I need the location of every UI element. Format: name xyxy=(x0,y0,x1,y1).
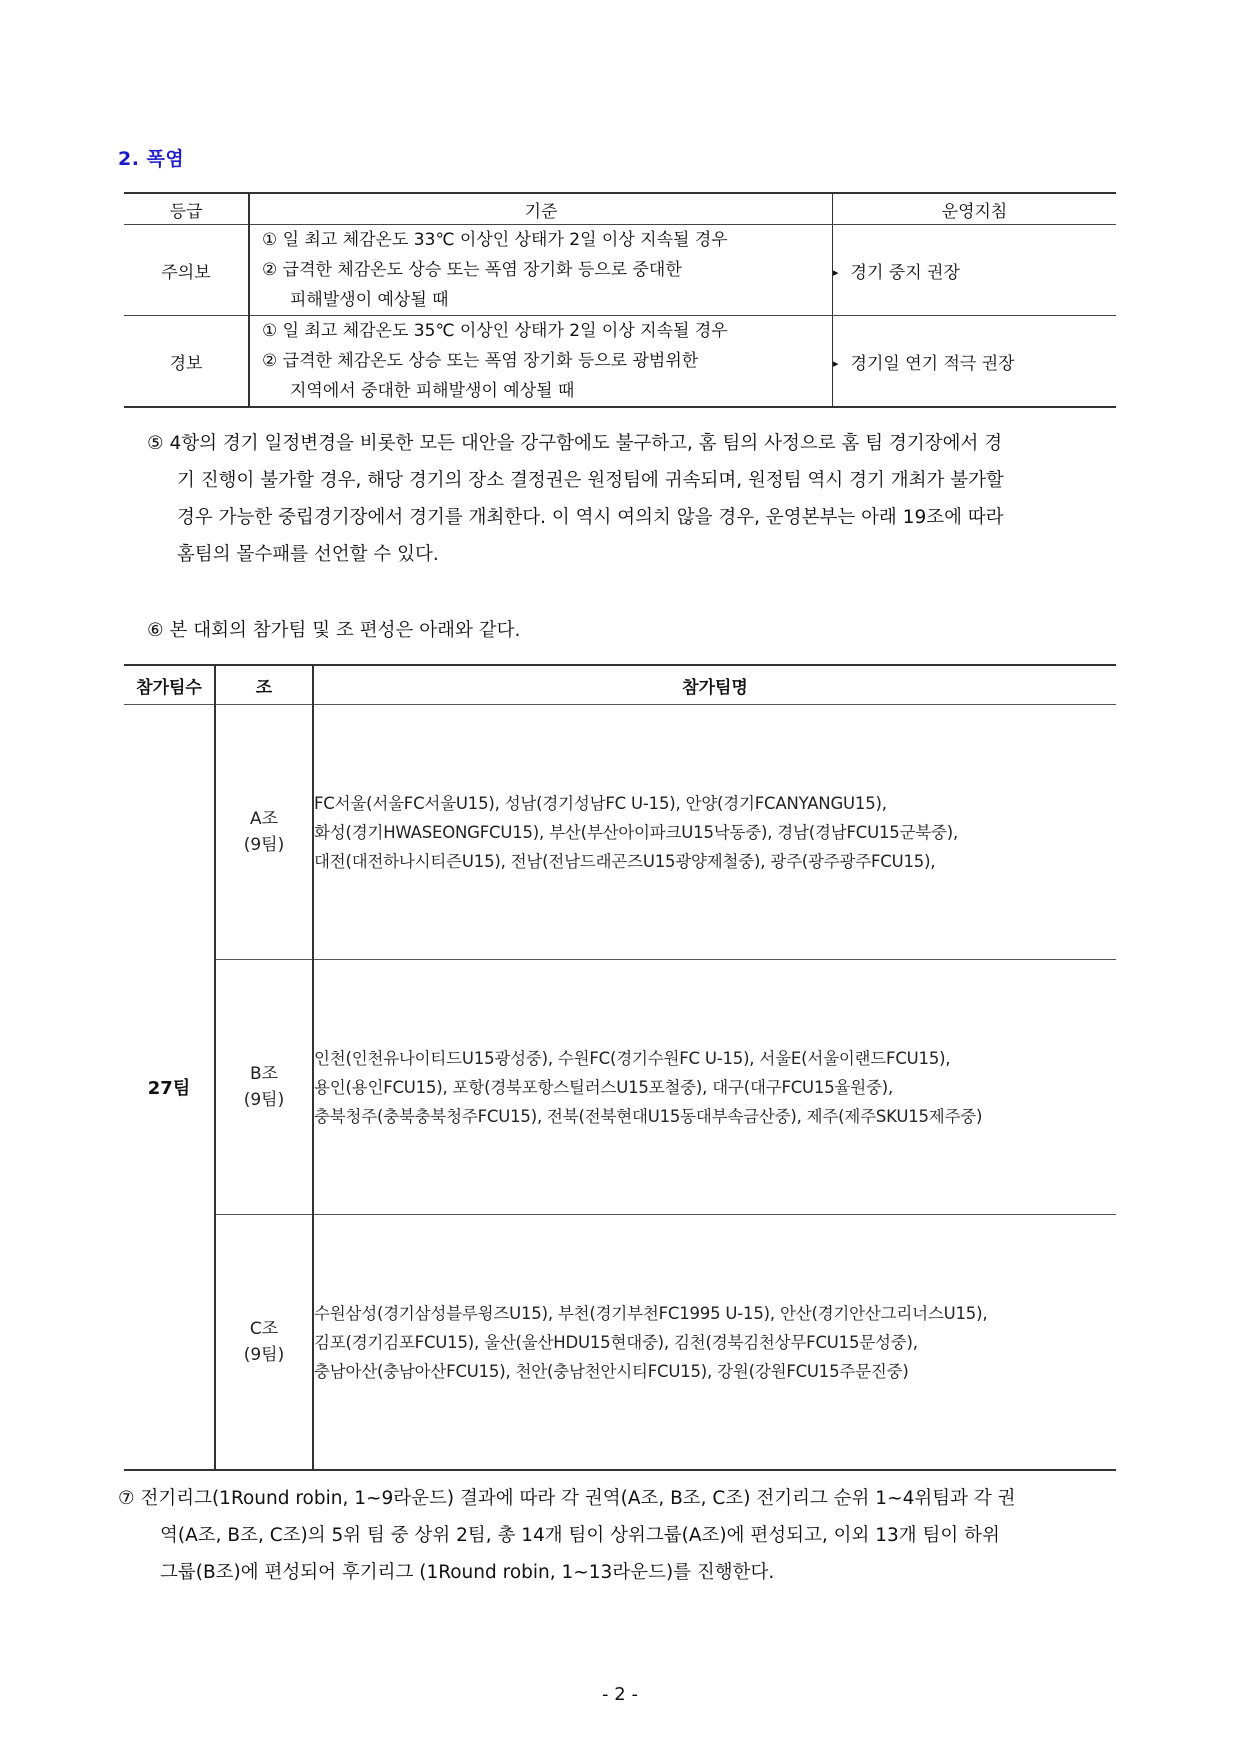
paragraph-line: ⑦ 전기리그(1Round robin, 1~9라운드) 결과에 따라 각 권역… xyxy=(118,1480,1128,1517)
group-cell: B조 (9팀) xyxy=(215,960,313,1215)
grade-cell: 주의보 xyxy=(124,225,249,316)
header-guideline: 운영지침 xyxy=(833,193,1117,225)
group-row-a: 27팀 A조 (9팀) FC서울(서울FC서울U15), 성남(경기성남FC U… xyxy=(124,705,1116,960)
team-line: 대전(대전하나시티즌U15), 전남(전남드래곤즈U15광양제철중), 광주(광… xyxy=(314,847,1116,876)
group-cell: A조 (9팀) xyxy=(215,705,313,960)
criteria-line: 지역에서 중대한 피해발생이 예상될 때 xyxy=(250,376,832,406)
group-cell: C조 (9팀) xyxy=(215,1215,313,1471)
group-name: A조 xyxy=(216,806,312,832)
criteria-line: ① 일 최고 체감온도 33℃ 이상인 상태가 2일 이상 지속될 경우 xyxy=(250,225,832,255)
guideline-text: 경기 중지 권장 xyxy=(851,263,960,283)
document-page: 2. 폭염 등급 기준 운영지침 주의보 ① 일 최고 체감온도 33℃ 이상인… xyxy=(0,0,1240,1753)
criteria-line: ② 급격한 체감온도 상승 또는 폭염 장기화 등으로 광범위한 xyxy=(250,346,832,376)
criteria-line: ① 일 최고 체감온도 35℃ 이상인 상태가 2일 이상 지속될 경우 xyxy=(250,316,832,346)
paragraph-line: 경우 가능한 중립경기장에서 경기를 개최한다. 이 역시 여의치 않을 경우,… xyxy=(147,499,1129,536)
table-row-warning: 경보 ① 일 최고 체감온도 35℃ 이상인 상태가 2일 이상 지속될 경우 … xyxy=(124,316,1116,408)
team-line: 인천(인천유나이티드U15광성중), 수원FC(경기수원FC U-15), 서울… xyxy=(314,1044,1116,1073)
team-count: 27팀 xyxy=(148,1078,190,1099)
guideline-cell: ▸경기일 연기 적극 권장 xyxy=(833,316,1117,408)
guideline-cell: ▸경기 중지 권장 xyxy=(833,225,1117,316)
table-row-advisory: 주의보 ① 일 최고 체감온도 33℃ 이상인 상태가 2일 이상 지속될 경우… xyxy=(124,225,1116,316)
group-row-c: C조 (9팀) 수원삼성(경기삼성블루윙즈U15), 부천(경기부천FC1995… xyxy=(124,1215,1116,1471)
paragraph-line: ⑤ 4항의 경기 일정변경을 비롯한 모든 대안을 강구함에도 불구하고, 홈 … xyxy=(147,425,1129,462)
header-group: 조 xyxy=(215,665,313,705)
paragraph-line: 역(A조, B조, C조)의 5위 팀 중 상위 2팀, 총 14개 팀이 상위… xyxy=(118,1517,1128,1554)
group-size: (9팀) xyxy=(216,832,312,858)
table-header-row: 등급 기준 운영지침 xyxy=(124,193,1116,225)
team-line: FC서울(서울FC서울U15), 성남(경기성남FC U-15), 안양(경기F… xyxy=(314,789,1116,818)
triangle-bullet-icon: ▸ xyxy=(833,357,839,370)
group-name: B조 xyxy=(216,1061,312,1087)
group-size: (9팀) xyxy=(216,1087,312,1113)
team-line: 김포(경기김포FCU15), 울산(울산HDU15현대중), 김천(경북김천상무… xyxy=(314,1328,1116,1357)
heat-wave-table: 등급 기준 운영지침 주의보 ① 일 최고 체감온도 33℃ 이상인 상태가 2… xyxy=(124,192,1116,408)
page-number: - 2 - xyxy=(0,1684,1240,1705)
group-name: C조 xyxy=(216,1316,312,1342)
team-line: 용인(용인FCU15), 포항(경북포항스틸러스U15포철중), 대구(대구FC… xyxy=(314,1073,1116,1102)
paragraph-7: ⑦ 전기리그(1Round robin, 1~9라운드) 결과에 따라 각 권역… xyxy=(118,1480,1128,1591)
team-line: 화성(경기HWASEONGFCU15), 부산(부산아이파크U15낙동중), 경… xyxy=(314,818,1116,847)
team-line: 충남아산(충남아산FCU15), 천안(충남천안시티FCU15), 강원(강원F… xyxy=(314,1357,1116,1386)
grade-cell: 경보 xyxy=(124,316,249,408)
triangle-bullet-icon: ▸ xyxy=(833,266,839,279)
team-line: 수원삼성(경기삼성블루윙즈U15), 부천(경기부천FC1995 U-15), … xyxy=(314,1299,1116,1328)
team-names-cell: 인천(인천유나이티드U15광성중), 수원FC(경기수원FC U-15), 서울… xyxy=(313,960,1116,1215)
paragraph-5: ⑤ 4항의 경기 일정변경을 비롯한 모든 대안을 강구함에도 불구하고, 홈 … xyxy=(147,425,1129,573)
team-group-table: 참가팀수 조 참가팀명 27팀 A조 (9팀) FC서울(서울FC서울U15),… xyxy=(124,664,1116,1471)
criteria-cell: ① 일 최고 체감온도 35℃ 이상인 상태가 2일 이상 지속될 경우 ② 급… xyxy=(249,316,833,408)
paragraph-line: 기 진행이 불가할 경우, 해당 경기의 장소 결정권은 원정팀에 귀속되며, … xyxy=(147,462,1129,499)
team-names-cell: 수원삼성(경기삼성블루윙즈U15), 부천(경기부천FC1995 U-15), … xyxy=(313,1215,1116,1471)
paragraph-line: 그룹(B조)에 편성되어 후기리그 (1Round robin, 1~13라운드… xyxy=(118,1554,1128,1591)
group-row-b: B조 (9팀) 인천(인천유나이티드U15광성중), 수원FC(경기수원FC U… xyxy=(124,960,1116,1215)
header-grade: 등급 xyxy=(124,193,249,225)
guideline-text: 경기일 연기 적극 권장 xyxy=(851,354,1015,374)
team-count-cell: 27팀 xyxy=(124,705,215,1471)
header-team-count: 참가팀수 xyxy=(124,665,215,705)
header-team-names: 참가팀명 xyxy=(313,665,1116,705)
group-size: (9팀) xyxy=(216,1342,312,1368)
team-names-cell: FC서울(서울FC서울U15), 성남(경기성남FC U-15), 안양(경기F… xyxy=(313,705,1116,960)
team-line: 충북청주(충북충북청주FCU15), 전북(전북현대U15동대부속금산중), 제… xyxy=(314,1102,1116,1131)
section-title: 2. 폭염 xyxy=(118,144,184,171)
paragraph-line: 홈팀의 몰수패를 선언할 수 있다. xyxy=(147,536,1129,573)
criteria-cell: ① 일 최고 체감온도 33℃ 이상인 상태가 2일 이상 지속될 경우 ② 급… xyxy=(249,225,833,316)
header-criteria: 기준 xyxy=(249,193,833,225)
table-header-row: 참가팀수 조 참가팀명 xyxy=(124,665,1116,705)
criteria-line: ② 급격한 체감온도 상승 또는 폭염 장기화 등으로 중대한 xyxy=(250,255,832,285)
paragraph-6: ⑥ 본 대회의 참가팀 및 조 편성은 아래와 같다. xyxy=(147,612,847,649)
criteria-line: 피해발생이 예상될 때 xyxy=(250,285,832,315)
